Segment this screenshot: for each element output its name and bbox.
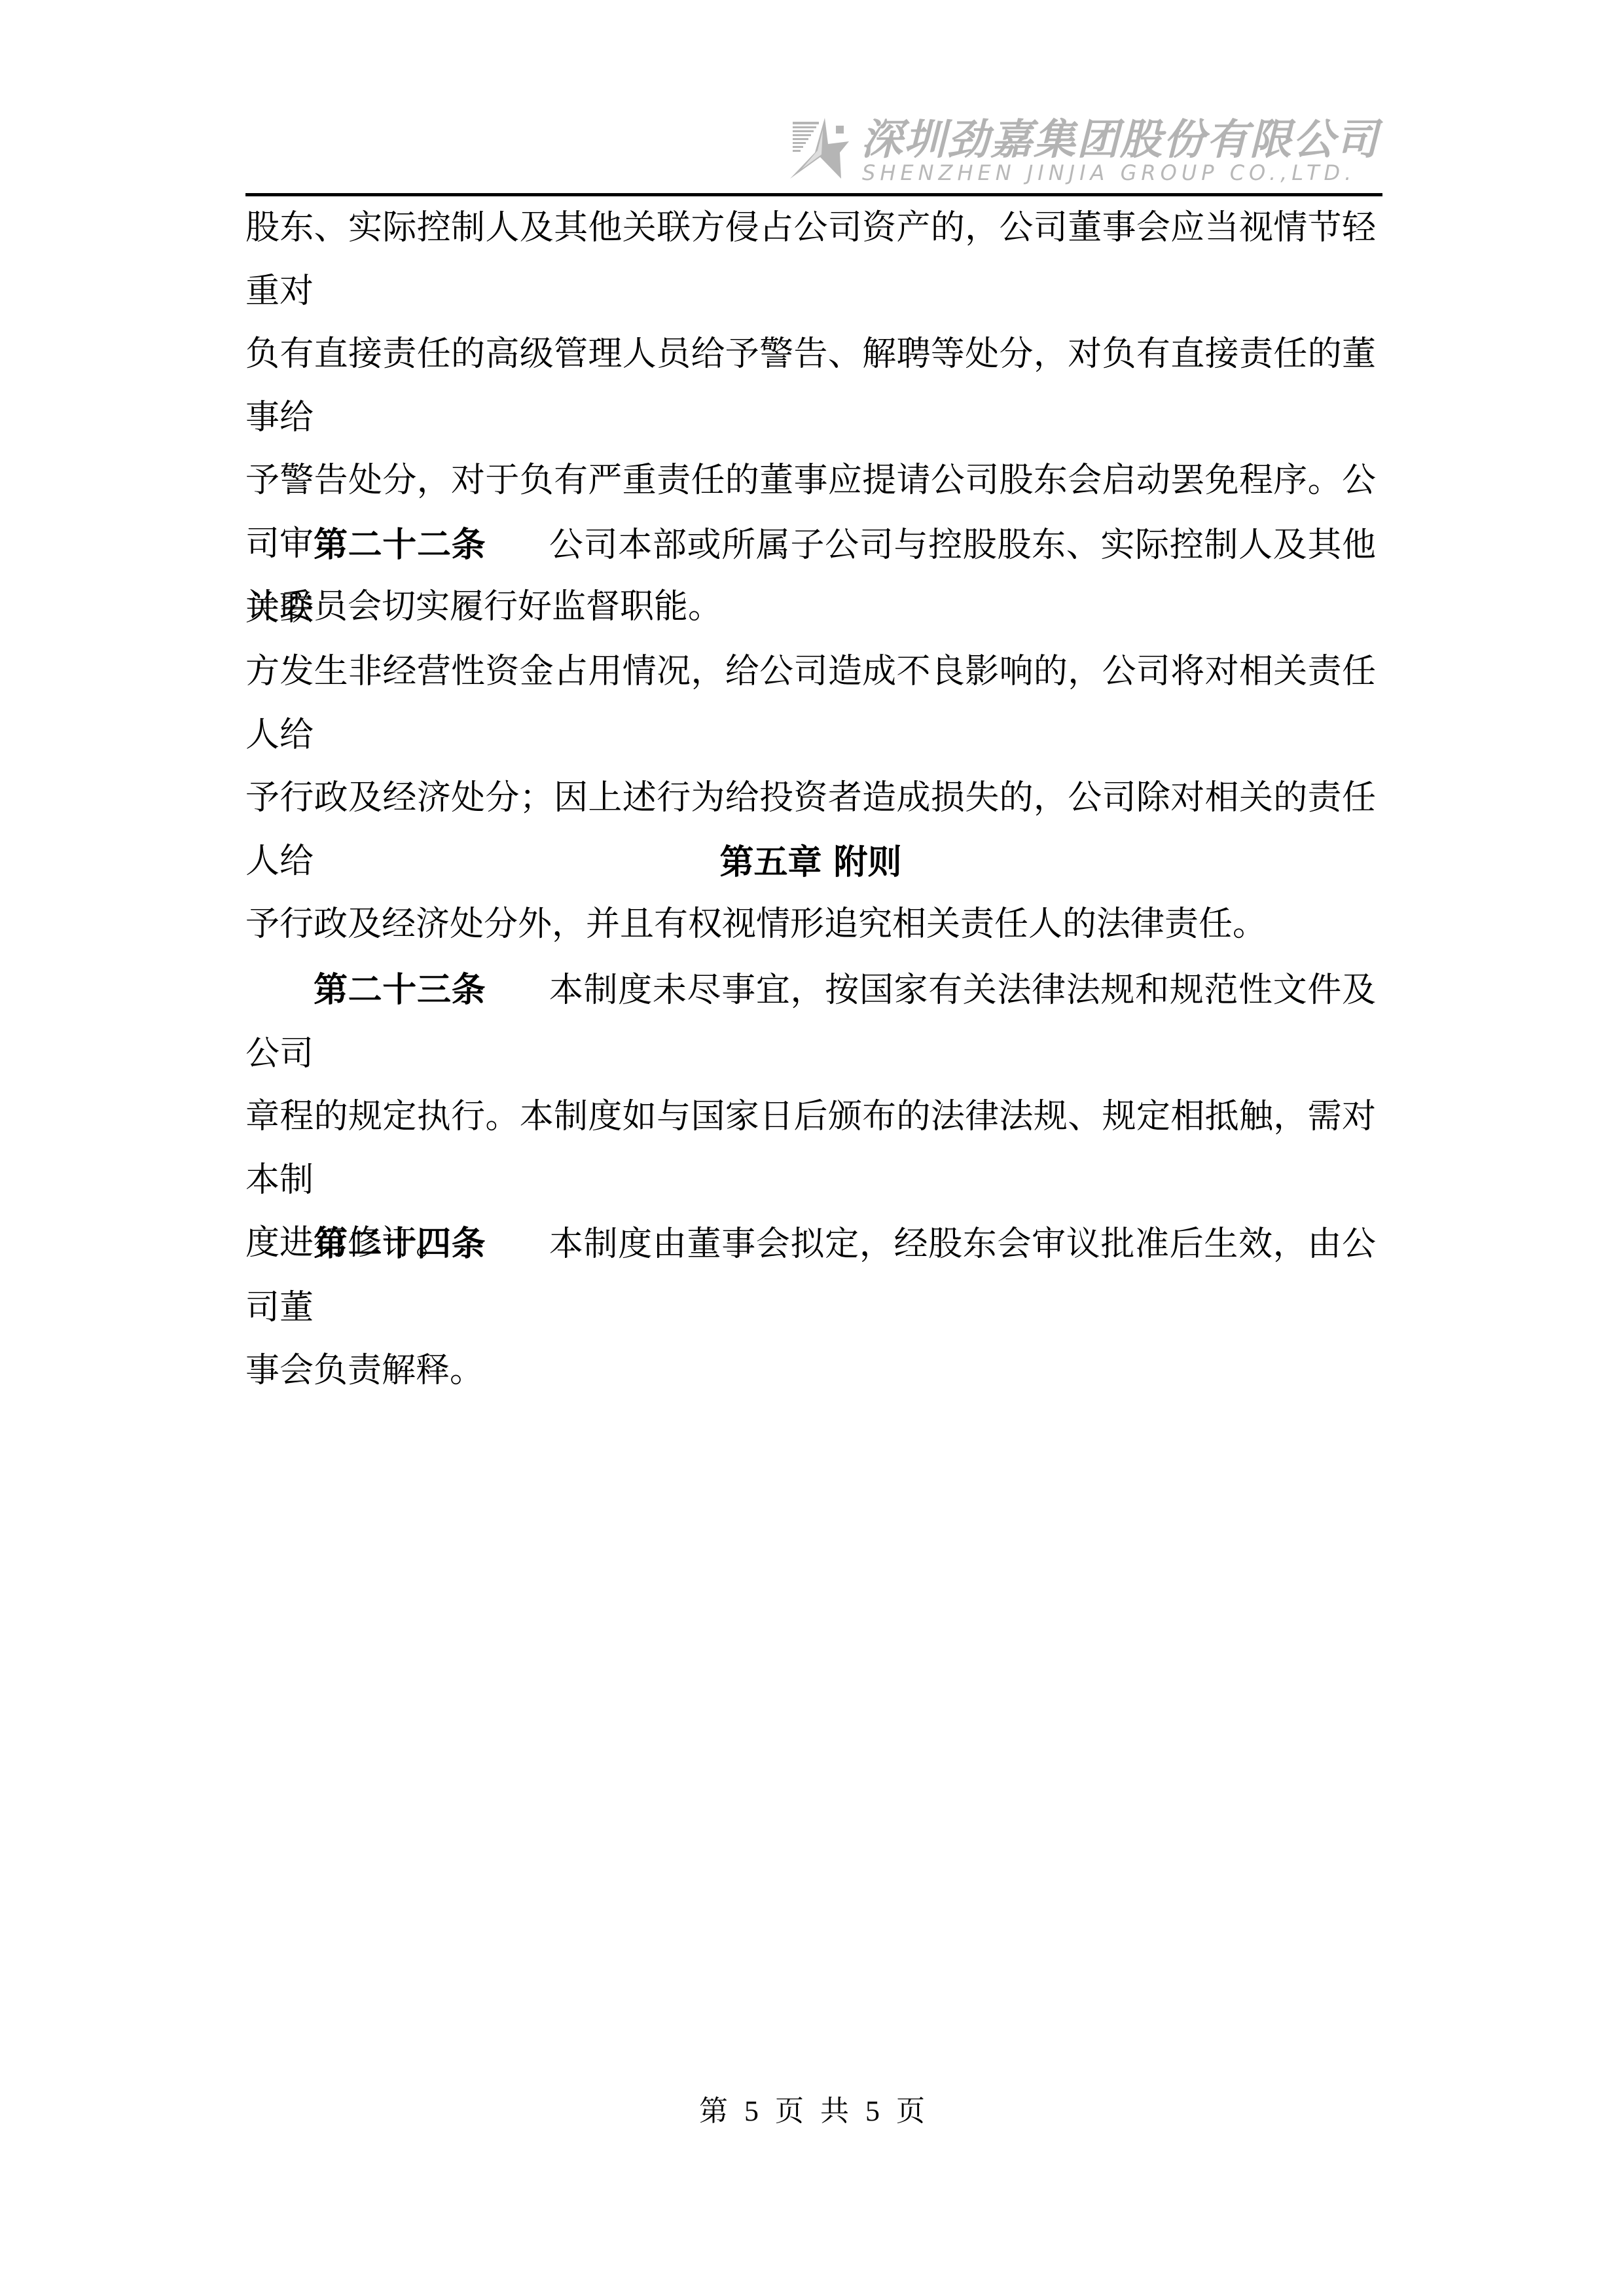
page-header: 深圳劲嘉集团股份有限公司 SHENZHEN JINJIA GROUP CO.,L… <box>245 98 1382 196</box>
article-label: 第二十四条 <box>245 1224 486 1264</box>
company-logo: 深圳劲嘉集团股份有限公司 SHENZHEN JINJIA GROUP CO.,L… <box>789 117 1365 188</box>
article-label: 第二十二条 <box>245 525 486 565</box>
paragraph-line: 事会负责解释。 <box>245 1339 1376 1403</box>
paragraph-line: 章程的规定执行。本制度如与国家日后颁布的法律法规、规定相抵触，需对本制 <box>245 1085 1376 1211</box>
article-label: 第二十三条 <box>245 970 486 1010</box>
paragraph-line: 予行政及经济处分外，并且有权视情形追究相关责任人的法律责任。 <box>245 893 1376 956</box>
page-number: 第 5 页 共 5 页 <box>0 2092 1624 2131</box>
article-first-line: 第二十三条本制度未尽事宜，按国家有关法律法规和规范性文件及公司 <box>245 959 1376 1085</box>
chapter-heading: 第五章 附则 <box>245 831 1376 895</box>
paragraph-line: 方发生非经营性资金占用情况，给公司造成不良影响的，公司将对相关责任人给 <box>245 640 1376 766</box>
jinjia-star-logo-icon <box>789 117 851 182</box>
paragraph-line: 股东、实际控制人及其他关联方侵占公司资产的，公司董事会应当视情节轻重对 <box>245 196 1376 323</box>
article-first-line: 第二十二条公司本部或所属子公司与控股股东、实际控制人及其他关联 <box>245 514 1376 640</box>
paragraph-line: 负有直接责任的高级管理人员给予警告、解聘等处分，对负有直接责任的董事给 <box>245 323 1376 449</box>
article-24: 第二十四条本制度由董事会拟定，经股东会审议批准后生效，由公司董 事会负责解释。 <box>245 1213 1376 1403</box>
company-name-en: SHENZHEN JINJIA GROUP CO.,LTD. <box>862 161 1356 185</box>
article-first-line: 第二十四条本制度由董事会拟定，经股东会审议批准后生效，由公司董 <box>245 1213 1376 1339</box>
company-name-cn: 深圳劲嘉集团股份有限公司 <box>861 117 1379 164</box>
